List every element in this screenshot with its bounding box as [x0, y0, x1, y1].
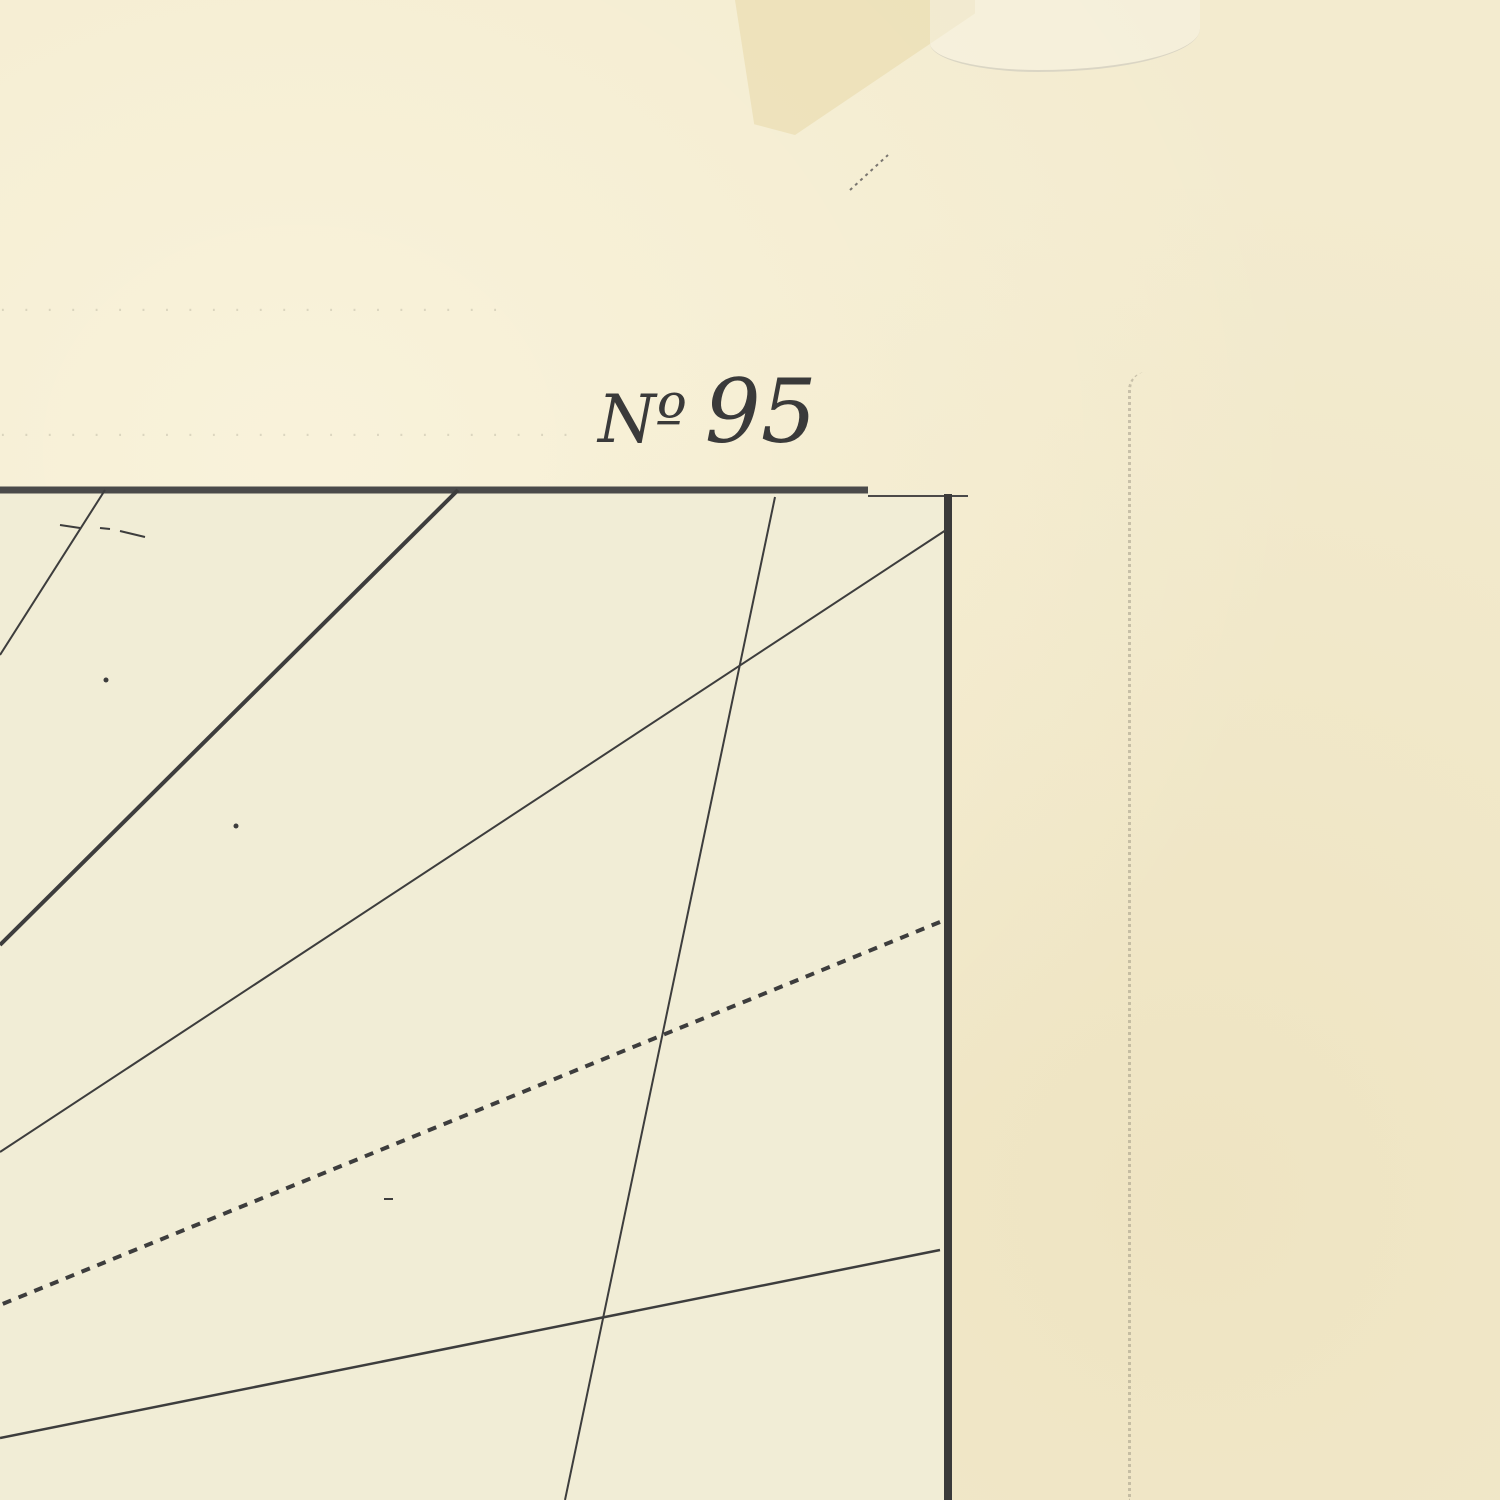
- paper-mark: [850, 155, 888, 190]
- map-point: [104, 678, 109, 683]
- map-point: [234, 824, 239, 829]
- map-frame: [0, 0, 1500, 1500]
- map-area: [0, 490, 946, 1500]
